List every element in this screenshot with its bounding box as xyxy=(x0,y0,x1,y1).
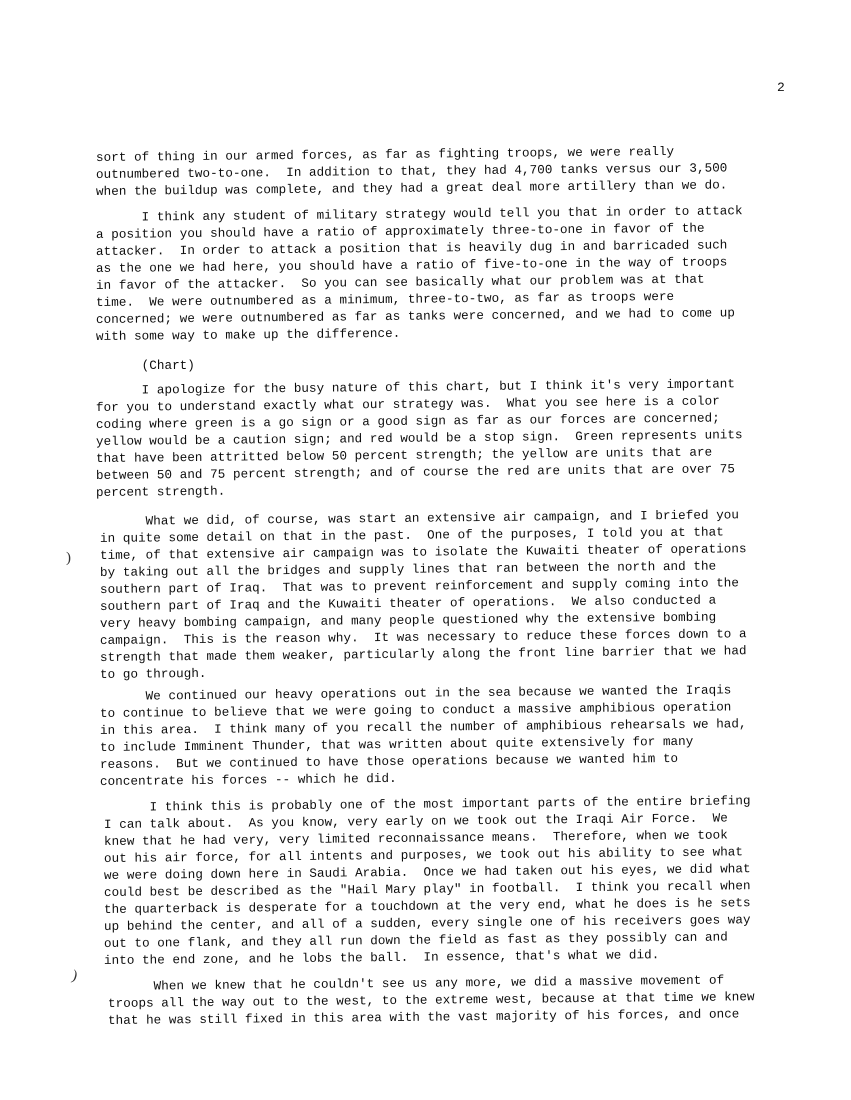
text-line: between 50 and 75 percent strength; and … xyxy=(96,462,735,483)
page-number: 2 xyxy=(777,80,785,95)
text-line: with some way to make up the difference. xyxy=(96,327,400,344)
text-line: into the end zone, and he lobs the ball.… xyxy=(104,948,659,968)
text-line: when the buildup was complete, and they … xyxy=(96,178,728,199)
text-line: that he was still fixed in this area wit… xyxy=(108,1007,740,1028)
text-line: to go through. xyxy=(100,667,207,682)
text-line: concerned; we were outnumbered as far as… xyxy=(96,306,735,327)
text-line: percent strength. xyxy=(96,485,225,500)
document-page: 2 ) ) sort of thing in our armed forces,… xyxy=(0,0,851,1100)
chart-reference: (Chart) xyxy=(96,359,195,373)
text-line: strength that made them weaker, particul… xyxy=(100,644,747,665)
text-line: concentrate his forces -- which he did. xyxy=(100,772,397,789)
text-line: reasons. But we continued to have those … xyxy=(100,752,678,772)
margin-mark: ) xyxy=(66,550,71,567)
margin-mark: ) xyxy=(70,968,79,986)
